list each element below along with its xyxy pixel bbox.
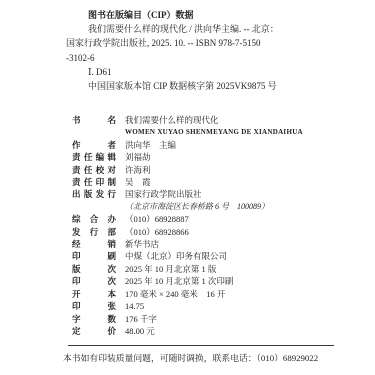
row-value: （010）68928887: [125, 213, 189, 225]
table-row: 字数176 千字: [72, 313, 352, 325]
row-value: 许海利: [125, 164, 151, 176]
row-label: 经销: [72, 238, 116, 250]
table-row: 书名我们需要什么样的现代化: [72, 114, 352, 126]
footer-divider: [68, 345, 334, 346]
row-value: 14.75: [125, 300, 144, 312]
row-value: 2025 年 10 月北京第 1 次印刷: [125, 275, 233, 287]
table-row: 经销新华书店: [72, 238, 352, 250]
cip-line: 我们需要什么样的现代化 / 洪向华主编. -- 北京：: [66, 22, 316, 36]
table-row: 印张14.75: [72, 300, 352, 312]
quality-notice: 本书如有印装质量问题，可随时调换，联系电话：（010）68929022: [63, 352, 318, 365]
row-label: 版次: [72, 263, 116, 275]
row-label: 出版发行: [72, 188, 116, 200]
cip-data-block: 图书在版编目（CIP）数据 我们需要什么样的现代化 / 洪向华主编. -- 北京…: [66, 8, 316, 93]
cip-lines: 我们需要什么样的现代化 / 洪向华主编. -- 北京：国家行政学院出版社, 20…: [66, 22, 316, 93]
row-label: 责任校对: [72, 164, 116, 176]
row-value: 新华书店: [125, 238, 159, 250]
row-value: 洪向华 主编: [125, 139, 176, 151]
row-label: 责任编辑: [72, 151, 116, 163]
row-label: 印张: [72, 300, 116, 312]
table-row: 发行部（010）68928866: [72, 226, 352, 238]
row-value: 吴 霞: [125, 176, 151, 188]
table-row: 责任校对许海利: [72, 164, 352, 176]
table-row: 印刷中煤（北京）印务有限公司: [72, 250, 352, 262]
cip-heading: 图书在版编目（CIP）数据: [66, 8, 316, 22]
row-value: 我们需要什么样的现代化: [125, 114, 219, 126]
row-value: 48.00 元: [125, 325, 155, 337]
row-value: 2025 年 10 月北京第 1 版: [125, 263, 216, 275]
table-row: 印次2025 年 10 月北京第 1 次印刷: [72, 275, 352, 287]
row-value: 国家行政学院出版社: [125, 188, 202, 200]
row-label: 印刷: [72, 250, 116, 262]
table-row: 定价48.00 元: [72, 325, 352, 337]
table-row: 版次2025 年 10 月北京第 1 版: [72, 263, 352, 275]
row-label: 定价: [72, 325, 116, 337]
row-label: 综合办: [72, 213, 116, 225]
table-row: 出版发行国家行政学院出版社: [72, 188, 352, 200]
cip-line: 中国国家版本馆 CIP 数据核字第 2025VK9875 号: [66, 79, 316, 93]
row-value: 176 千字: [125, 313, 157, 325]
table-row: 作者洪向华 主编: [72, 139, 352, 151]
row-label: 开本: [72, 288, 116, 300]
table-row: 责任印制吴 霞: [72, 176, 352, 188]
cip-line: 国家行政学院出版社, 2025. 10. -- ISBN 978-7-5150: [66, 36, 316, 50]
row-label: 书名: [72, 114, 116, 126]
table-row: 开本170 毫米 × 240 毫米 16 开: [72, 288, 352, 300]
cip-line: Ⅰ. D61: [66, 65, 316, 79]
row-value: 刘福劼: [125, 151, 151, 163]
row-subvalue: （北京市海淀区长春桥路 6 号 100089）: [72, 201, 352, 213]
row-label: 发行部: [72, 226, 116, 238]
row-subvalue: WOMEN XUYAO SHENMEYANG DE XIANDAIHUA: [72, 126, 352, 138]
row-label: 责任印制: [72, 176, 116, 188]
table-row: 综合办（010）68928887: [72, 213, 352, 225]
row-label: 印次: [72, 275, 116, 287]
row-label: 作者: [72, 139, 116, 151]
table-row: 责任编辑刘福劼: [72, 151, 352, 163]
book-copyright-page: 图书在版编目（CIP）数据 我们需要什么样的现代化 / 洪向华主编. -- 北京…: [0, 0, 375, 375]
row-value: 170 毫米 × 240 毫米 16 开: [125, 288, 225, 300]
book-info-table: 书名我们需要什么样的现代化WOMEN XUYAO SHENMEYANG DE X…: [72, 114, 352, 337]
row-value: 中煤（北京）印务有限公司: [125, 250, 227, 262]
row-label: 字数: [72, 313, 116, 325]
row-value: （010）68928866: [125, 226, 189, 238]
cip-line: -3102-6: [66, 51, 316, 65]
